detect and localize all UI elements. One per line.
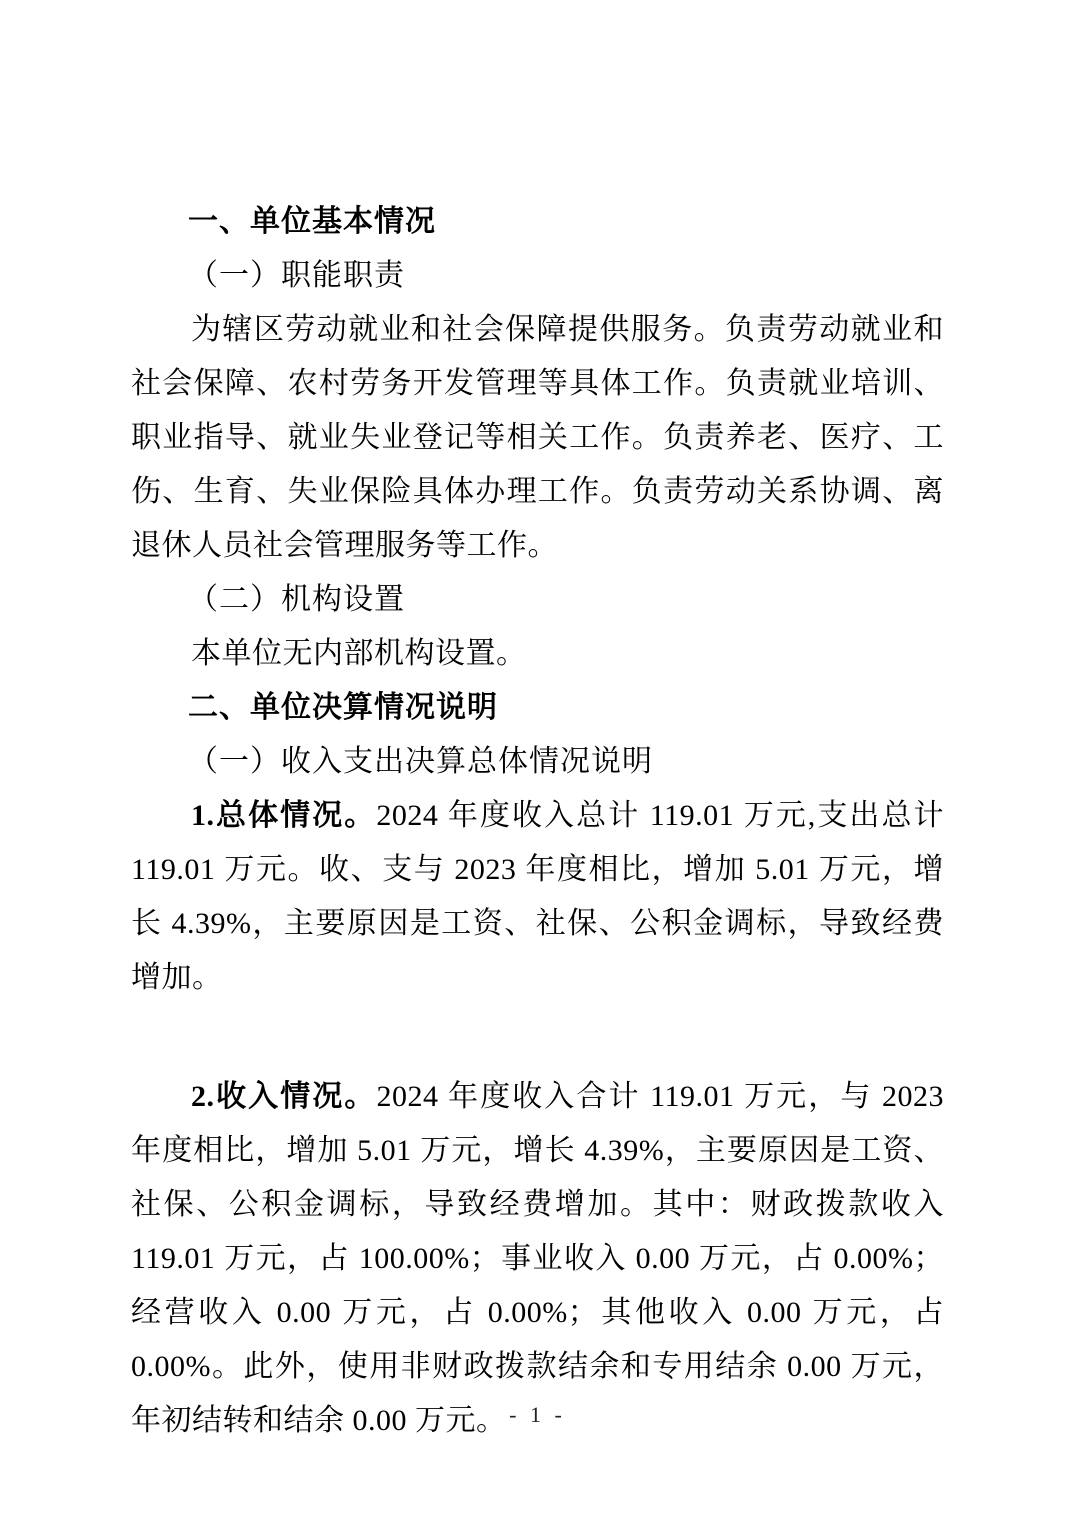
page-number: - 1 - — [0, 1402, 1075, 1428]
section-heading-final-accounts: 二、单位决算情况说明 — [131, 681, 944, 735]
paragraph-duties: 为辖区劳动就业和社会保障提供服务。负责劳动就业和社会保障、农村劳务开发管理等具体… — [131, 303, 944, 573]
document-page: 一、单位基本情况 （一）职能职责 为辖区劳动就业和社会保障提供服务。负责劳动就业… — [0, 0, 1075, 1520]
document-body: 一、单位基本情况 （一）职能职责 为辖区劳动就业和社会保障提供服务。负责劳动就业… — [131, 195, 944, 1448]
paragraph-overall-lead: 1.总体情况。 — [191, 799, 376, 832]
subsection-heading-organization: （二）机构设置 — [131, 573, 944, 627]
paragraph-overall-situation: 1.总体情况。2024 年度收入总计 119.01 万元,支出总计 119.01… — [131, 789, 944, 1005]
paragraph-income-situation: 2.收入情况。2024 年度收入合计 119.01 万元，与 2023 年度相比… — [131, 1070, 944, 1448]
subsection-heading-duties: （一）职能职责 — [131, 249, 944, 303]
subsection-heading-income-expense-overview: （一）收入支出决算总体情况说明 — [131, 735, 944, 789]
paragraph-organization: 本单位无内部机构设置。 — [131, 627, 944, 681]
paragraph-income-text: 2024 年度收入合计 119.01 万元，与 2023 年度相比，增加 5.0… — [131, 1080, 944, 1437]
paragraph-income-lead: 2.收入情况。 — [191, 1080, 376, 1113]
section-heading-basic-info: 一、单位基本情况 — [131, 195, 944, 249]
